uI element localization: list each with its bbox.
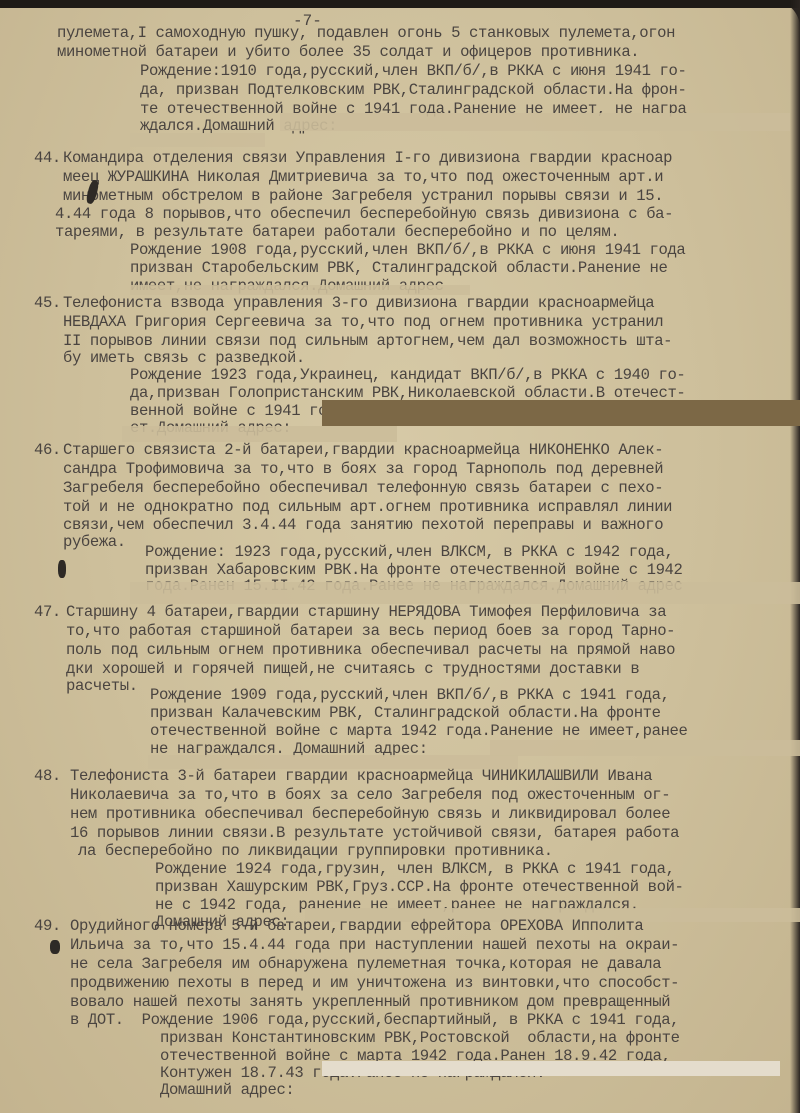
- text-line: Домашний адрес:: [160, 1081, 294, 1100]
- scan-top-border: [0, 0, 800, 8]
- text-line: 4.44 года 8 порывов,что обеспечил беспер…: [55, 205, 673, 224]
- text-line: Рождение 1923 года,Украинец, кандидат ВК…: [130, 366, 685, 385]
- text-line: меец ЖУРАШКИНА Николая Дмитриевича за то…: [63, 168, 663, 187]
- entry-number: 47.: [34, 603, 61, 622]
- text-line: призван Константиновским РВК,Ростовской …: [160, 1029, 680, 1048]
- redaction-address: [130, 133, 265, 147]
- text-line: расчеты.: [66, 677, 138, 696]
- text-line: Рождение:1910 года,русский,член ВКП/б/,в…: [140, 62, 686, 81]
- text-line: в ДОТ. Рождение 1906 года,русский,беспар…: [70, 1011, 679, 1030]
- text-line: НЕВДАХА Григория Сергеевича за то,что по…: [63, 313, 663, 332]
- text-line: Командира отделения связи Управления I-г…: [63, 149, 672, 168]
- text-line: ла бесперебойно по ликвидации группировк…: [78, 842, 553, 861]
- redaction-address: [130, 582, 800, 604]
- text-line: да, призван Подтелковским РВК,Сталинград…: [140, 81, 686, 100]
- text-line: пулемета,I самоходную пушку, подавлен ог…: [57, 24, 675, 43]
- text-line: тареями, в результате батареи работали б…: [55, 223, 619, 242]
- entry-number: 44.: [34, 149, 61, 168]
- text-line: Загребеля бесперебойно обеспечивал телеф…: [63, 479, 663, 498]
- text-line: то,что работая старшиной батареи за весь…: [66, 622, 675, 641]
- redaction-address: [122, 426, 397, 442]
- text-line: Старшину 4 батареи,гвардии старшину НЕРЯ…: [66, 603, 666, 622]
- text-line: поль под сильным огнем противника обеспе…: [66, 641, 675, 660]
- text-line: Телефониста взвода управления 3-го дивиз…: [63, 294, 654, 313]
- text-line: призван Старобельским РВК, Сталинградско…: [130, 259, 667, 278]
- entry-number: 45.: [34, 294, 61, 313]
- text-line: минометной батареи и убито более 35 солд…: [57, 43, 639, 62]
- text-line: продвижению пехоты в перед и им уничтоже…: [70, 974, 679, 993]
- scan-right-edge: [790, 0, 800, 1113]
- text-line: Рождение 1909 года,русский,член ВКП/б/,в…: [150, 686, 670, 705]
- redaction-address: [322, 400, 800, 426]
- entry-number: 48.: [34, 767, 61, 786]
- text-line: связи,чем обеспечил 3.4.44 года занятию …: [63, 516, 663, 535]
- text-line: рубежа.: [63, 533, 126, 552]
- text-line: нем противника обеспечивал бесперебойную…: [70, 805, 670, 824]
- redaction-address: [280, 113, 790, 131]
- text-line: Рождение 1908 года,русский,член ВКП/б/,в…: [130, 241, 685, 260]
- text-line: Ильича за то,что 15.4.44 года при наступ…: [70, 936, 679, 955]
- text-line: сандра Трофимовича за то,что в боях за г…: [63, 460, 663, 479]
- text-line: Телефониста 3-й батареи гвардии красноар…: [70, 767, 652, 786]
- text-line: отечественной войне с марта 1942 года.Ра…: [150, 722, 687, 741]
- ink-blot: [50, 940, 60, 954]
- ink-blot: [58, 560, 66, 578]
- redaction-address: [322, 1061, 780, 1076]
- text-line: вовало нашей пехоты занять укрепленный п…: [70, 993, 670, 1012]
- text-line: 16 порывов линии связи.В результате усто…: [70, 824, 679, 843]
- text-line: призван Калачевским РВК, Сталинградской …: [150, 704, 661, 723]
- text-line: дки хорошей и горячей пищей,не считаясь …: [66, 660, 639, 679]
- document-page: -7- пулемета,I самоходную пушку, подавле…: [0, 0, 800, 1113]
- text-line: Старшего связиста 2-й батареи,гвардии кр…: [63, 441, 663, 460]
- entry-number: 46.: [34, 441, 61, 460]
- text-line: не села Загребеля им обнаружена пулеметн…: [70, 955, 661, 974]
- text-line: той и не однократно под сильным арт.огне…: [63, 498, 672, 517]
- text-line: Рождение: 1923 года,русский,член ВЛКСМ, …: [145, 543, 674, 562]
- text-line: Николаевича за то,что в боях за село Заг…: [70, 786, 670, 805]
- text-line: минометным обстрелом в районе Загребеля …: [63, 187, 663, 206]
- redaction-address: [490, 740, 800, 756]
- entry-number: 49.: [34, 917, 61, 936]
- text-line: Рождение 1924 года,грузин, член ВЛКСМ, в…: [155, 860, 675, 879]
- text-line: Орудийного номера 5-й батареи,гвардии еф…: [70, 917, 643, 936]
- text-line: призван Хашурским РВК,Груз.ССР.На фронте…: [155, 878, 684, 897]
